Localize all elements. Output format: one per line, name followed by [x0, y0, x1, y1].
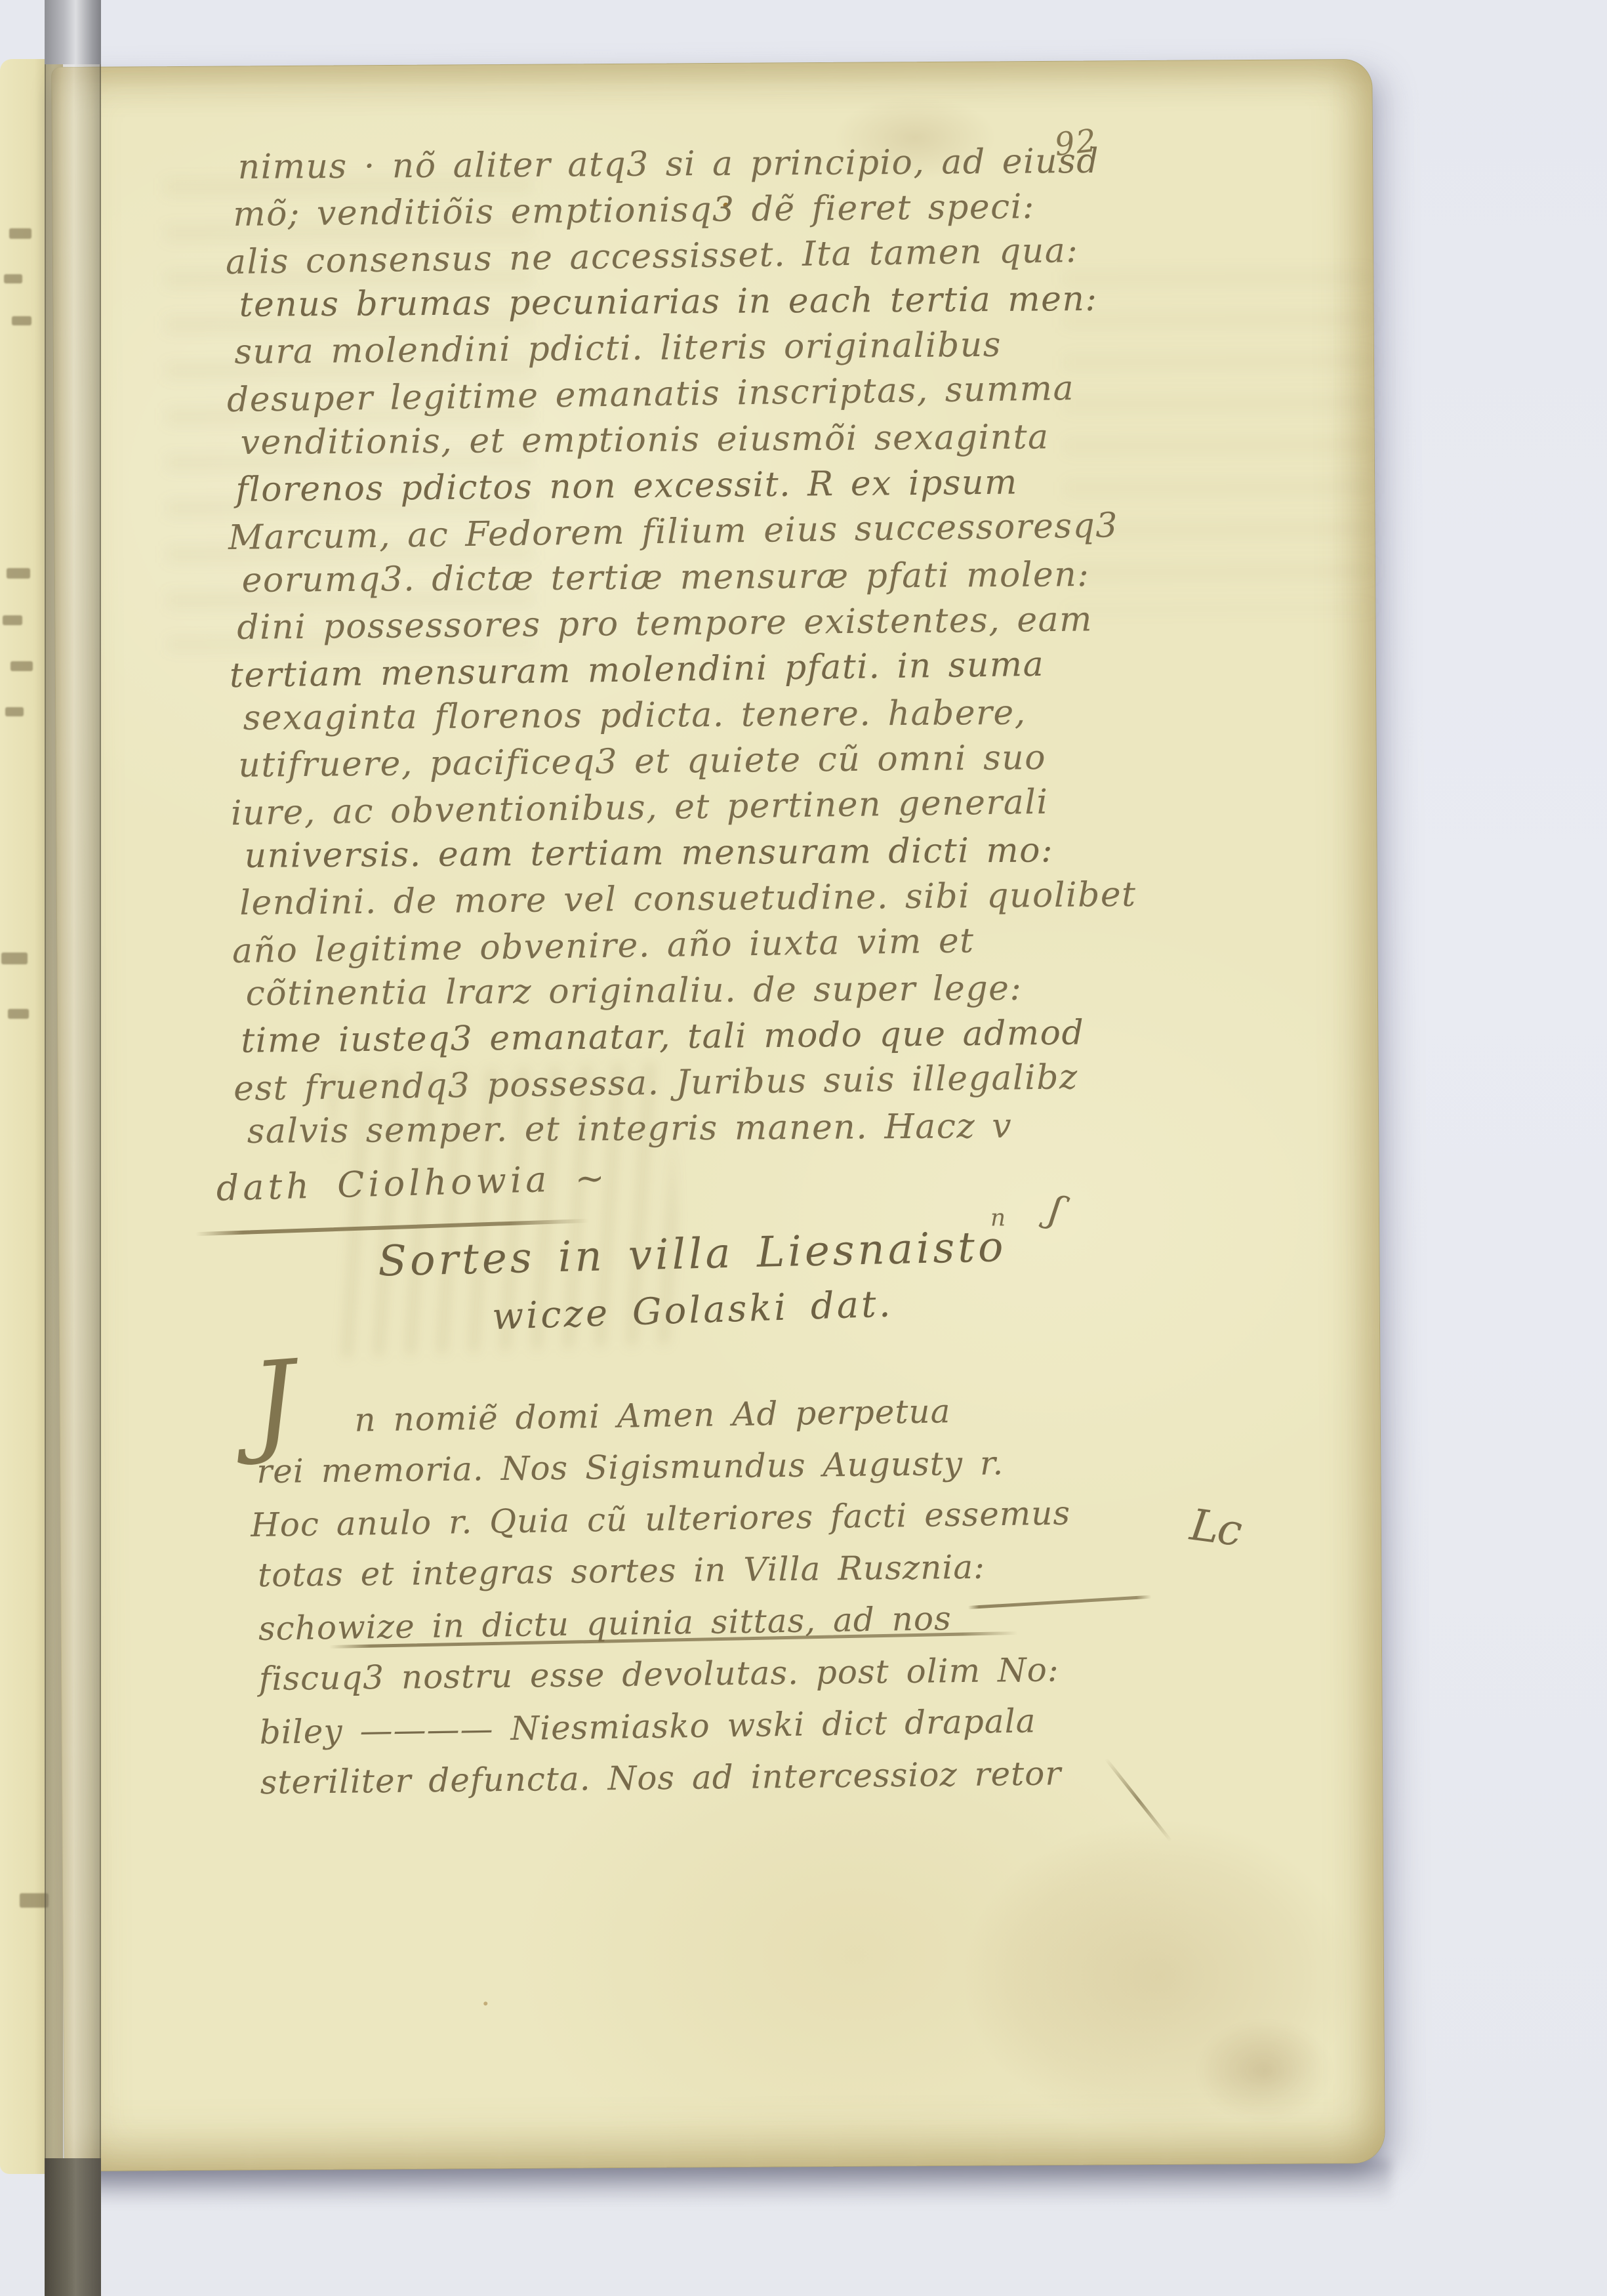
manuscript-line: nimus · nõ aliter atq3 si a principio, a…: [237, 138, 1150, 190]
manuscript-line: tenus brumas pecuniarias in each tertia …: [239, 276, 1152, 328]
fore-edge-ink-mark: [4, 274, 22, 283]
fore-edge-ink-mark: [9, 228, 31, 239]
fore-edge-ink-mark: [3, 615, 22, 625]
manuscript-line: salvis semper. et integris manen. Hacz v: [247, 1102, 1160, 1155]
page-holder-rod: [45, 0, 101, 2296]
fore-edge-ink-mark: [5, 707, 24, 716]
manuscript-line: venditionis, et emptionis eiusmõi sexagi…: [240, 413, 1153, 466]
paragraph-2: n nomiẽ domi Amen Ad perpetua rei memori…: [256, 1383, 1244, 1809]
paragraph-1: nimus · nõ aliter atq3 si a principio, a…: [232, 137, 1160, 1156]
fore-edge-ink-mark: [1, 953, 28, 964]
ink-speck: [483, 2001, 487, 2005]
manuscript-line: cõtinentia lrarz originaliu. de super le…: [245, 964, 1158, 1017]
manuscript-line: sexaginta florenos pdicta. tenere. haber…: [243, 689, 1156, 741]
fore-edge-ink-mark: [12, 316, 31, 325]
fore-edge-ink-mark: [10, 661, 33, 671]
margin-mark: Lc: [1187, 1500, 1244, 1557]
manuscript-line: eorumq3. dictæ tertiæ mensuræ pfati mole…: [241, 551, 1154, 604]
section-heading: Sortes in villa Liesnaisto wicze Golaski…: [256, 1227, 1129, 1334]
dateline: dath Ciolhowia ~: [216, 1157, 609, 1209]
page-holder-rod-top: [45, 0, 101, 64]
manuscript-line: universis. eam tertiam mensuram dicti mo…: [244, 827, 1157, 879]
fore-edge-ink-mark: [8, 1009, 29, 1019]
manuscript-photo: 92 nimus · nõ aliter atq3 si a principio…: [0, 0, 1607, 2296]
manuscript-page: 92 nimus · nõ aliter atq3 si a principio…: [51, 59, 1385, 2171]
fore-edge-ink-mark: [7, 568, 30, 579]
heading-annotation: n: [990, 1204, 1006, 1231]
stain: [1172, 2001, 1356, 2141]
page-holder-rod-bottom: [45, 2158, 101, 2296]
